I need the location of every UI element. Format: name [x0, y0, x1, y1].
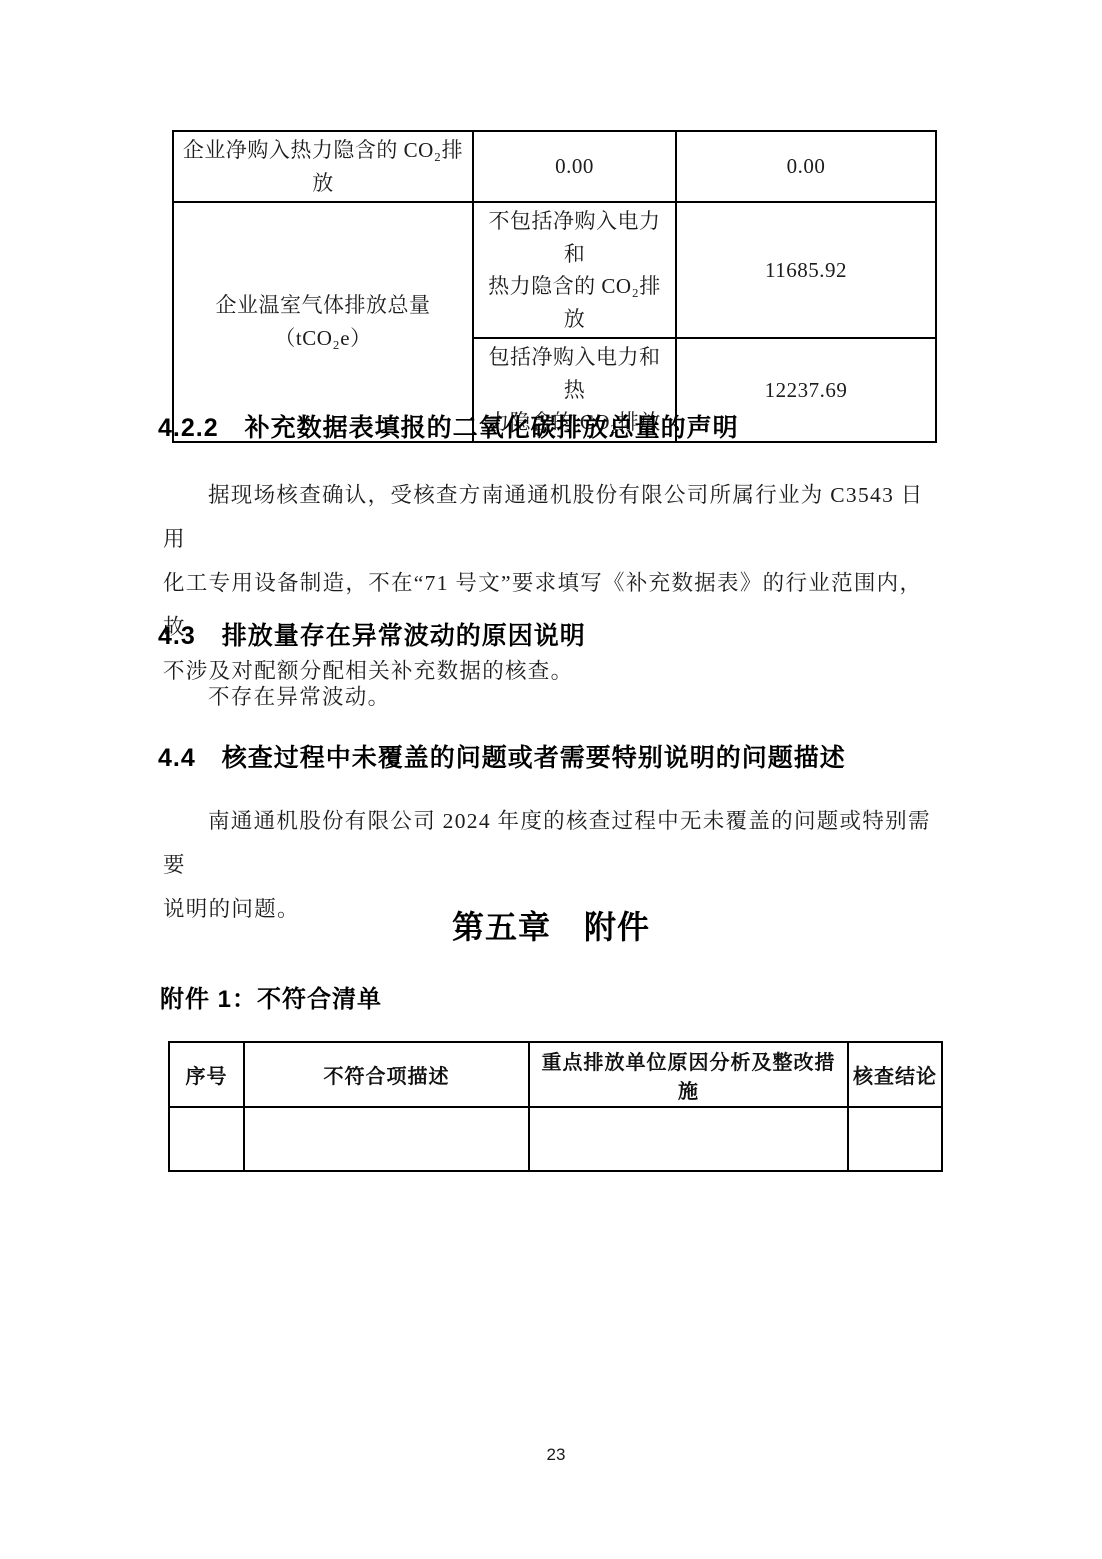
- heat-emission-value-b: 0.00: [676, 131, 936, 202]
- empty-cell: [848, 1107, 942, 1171]
- page-number: 23: [0, 1445, 1102, 1465]
- total-emission-label: 企业温室气体排放总量（tCO₂e）: [173, 202, 473, 442]
- heat-emission-label: 企业净购入热力隐含的 CO₂排放: [173, 131, 473, 202]
- column-header-serial: 序号: [169, 1042, 244, 1107]
- total-excl-sublabel: 不包括净购入电力和 热力隐含的 CO₂排放: [473, 202, 676, 338]
- table-row: [169, 1107, 942, 1171]
- section-paragraph-4-3: 不存在异常波动。: [163, 675, 939, 719]
- section-paragraph-4-2-2: 据现场核查确认，受核查方南通通机股份有限公司所属行业为 C3543 日用 化工专…: [163, 473, 939, 693]
- column-header-description: 不符合项描述: [244, 1042, 529, 1107]
- table-row: 企业温室气体排放总量（tCO₂e） 不包括净购入电力和 热力隐含的 CO₂排放 …: [173, 202, 936, 338]
- table-header-row: 序号 不符合项描述 重点排放单位原因分析及整改措施 核查结论: [169, 1042, 942, 1107]
- heat-emission-value-a: 0.00: [473, 131, 676, 202]
- noncompliance-table: 序号 不符合项描述 重点排放单位原因分析及整改措施 核查结论: [168, 1041, 943, 1172]
- empty-cell: [244, 1107, 529, 1171]
- table-row: 企业净购入热力隐含的 CO₂排放 0.00 0.00: [173, 131, 936, 202]
- chapter-title: 第五章 附件: [163, 906, 939, 948]
- attachment-heading: 附件 1：不符合清单: [160, 983, 940, 1016]
- section-heading-4-4: 4.4 核查过程中未覆盖的问题或者需要特别说明的问题描述: [158, 741, 948, 775]
- document-page: 企业净购入热力隐含的 CO₂排放 0.00 0.00 企业温室气体排放总量（tC…: [0, 0, 1102, 1559]
- column-header-analysis: 重点排放单位原因分析及整改措施: [529, 1042, 848, 1107]
- total-excl-value: 11685.92: [676, 202, 936, 338]
- section-heading-4-3: 4.3 排放量存在异常波动的原因说明: [158, 619, 948, 653]
- column-header-conclusion: 核查结论: [848, 1042, 942, 1107]
- empty-cell: [169, 1107, 244, 1171]
- emissions-table: 企业净购入热力隐含的 CO₂排放 0.00 0.00 企业温室气体排放总量（tC…: [172, 130, 937, 443]
- empty-cell: [529, 1107, 848, 1171]
- section-heading-4-2-2: 4.2.2 补充数据表填报的二氧化碳排放总量的声明: [158, 411, 948, 445]
